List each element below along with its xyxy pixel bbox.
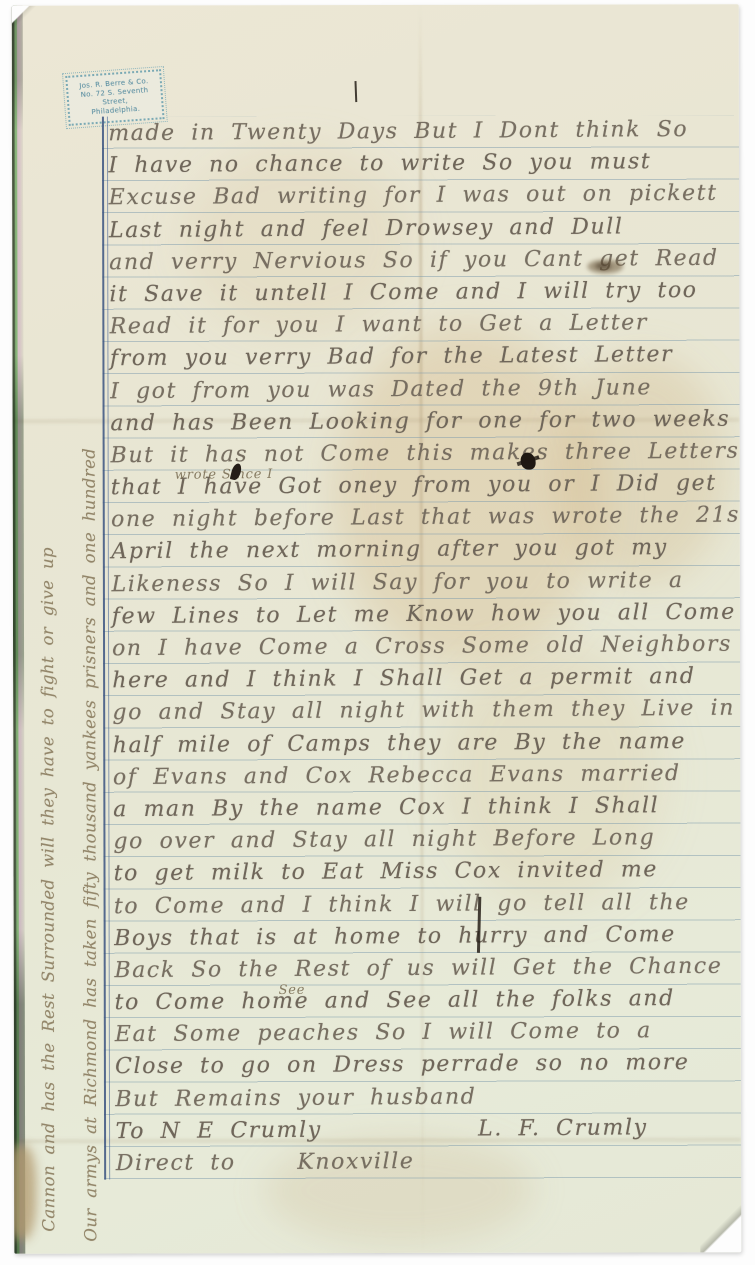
letter-line: and verry Nervious So if you Cant get Re… (109, 242, 736, 279)
direct-label: Direct to (116, 1150, 236, 1176)
letter-line: few Lines to Let me Know how you all Com… (112, 596, 739, 633)
letter-line: a man By the name Cox I think I Shall (113, 790, 740, 827)
letter-line: Likeness So I will Say for you to write … (111, 564, 738, 601)
letter-line: it Save it untell I Come and I will try … (109, 275, 736, 312)
ink-smudge (587, 259, 623, 273)
letter-line: Last night and feel Drowsey and Dull (109, 210, 736, 247)
direct-place: Knoxville (297, 1149, 414, 1175)
pen-stroke (354, 81, 357, 102)
letter-line: I have no chance to write So you must (108, 146, 735, 183)
letter-line: go and Stay all night with them they Liv… (112, 693, 739, 730)
letter-line: to Come and I think I will go tell all t… (114, 886, 741, 923)
letter-line: go over and Stay all night Before Long (113, 822, 740, 859)
letter-line: I got from you was Dated the 9th June (110, 371, 737, 408)
letter-body: made in Twenty Days But I Dont think SoI… (108, 114, 741, 1181)
letter-line: to Come home and See all the folks and (115, 983, 742, 1020)
margin-note-line-2: Cannon and has the Rest Surrounded will … (26, 124, 70, 1246)
top-left-corner-cut (12, 6, 42, 36)
letter-line: of Evans and Cox Rebecca Evans married (113, 757, 740, 794)
letter-line: Back So the Rest of us will Get the Chan… (114, 950, 741, 987)
letter-line: from you verry Bad for the Latest Letter (110, 339, 737, 376)
letter-lines: made in Twenty Days But I Dont think SoI… (108, 114, 741, 1116)
closing-row: To N E Crumly L. F. Crumly (115, 1111, 741, 1148)
signature: L. F. Crumly (478, 1112, 648, 1145)
ruled-writing-area: made in Twenty Days But I Dont think SoI… (102, 115, 741, 1179)
interline-insertion: wrote Since I (175, 467, 273, 483)
letter-line: half mile of Camps they are By the name (113, 725, 740, 762)
interline-insertion: See (278, 983, 305, 998)
scanned-letter-screenshot: Jos. R. Berre & Co. No. 72 S. Seventh St… (0, 0, 755, 1265)
letter-line: Boys that is at home to hurry and Come (114, 918, 741, 955)
letter-line: But Remains your husband (115, 1079, 741, 1116)
direct-row: Direct to Knoxville (116, 1144, 742, 1181)
scan-edge-artifact (12, 6, 26, 1254)
letter-line: Eat Some peaches So I will Come to a (115, 1015, 742, 1052)
letter-line: and has Been Looking for one for two wee… (110, 403, 737, 440)
bottom-right-corner-cut (700, 1205, 741, 1253)
letter-line: April the next morning after you got my (111, 532, 738, 569)
letter-line: here and I think I Shall Get a permit an… (112, 661, 739, 698)
closing-to: To N E Crumly (115, 1114, 321, 1148)
letter-line: on I have Come a Cross Some old Neighbor… (112, 629, 739, 666)
letter-line: to get milk to Eat Miss Cox invited me (114, 854, 741, 891)
letter-line: Close to go on Dress perrade so no more (115, 1047, 741, 1084)
letter-line: Read it for you I want to Get a Letter (110, 307, 737, 344)
letter-paper: Jos. R. Berre & Co. No. 72 S. Seventh St… (12, 4, 742, 1254)
ink-blot (521, 453, 536, 470)
letter-line: one night before Last that was wrote the… (111, 500, 738, 537)
letter-line: made in Twenty Days But I Dont think So (108, 114, 735, 151)
letter-line: Excuse Bad writing for I was out on pick… (109, 178, 736, 215)
